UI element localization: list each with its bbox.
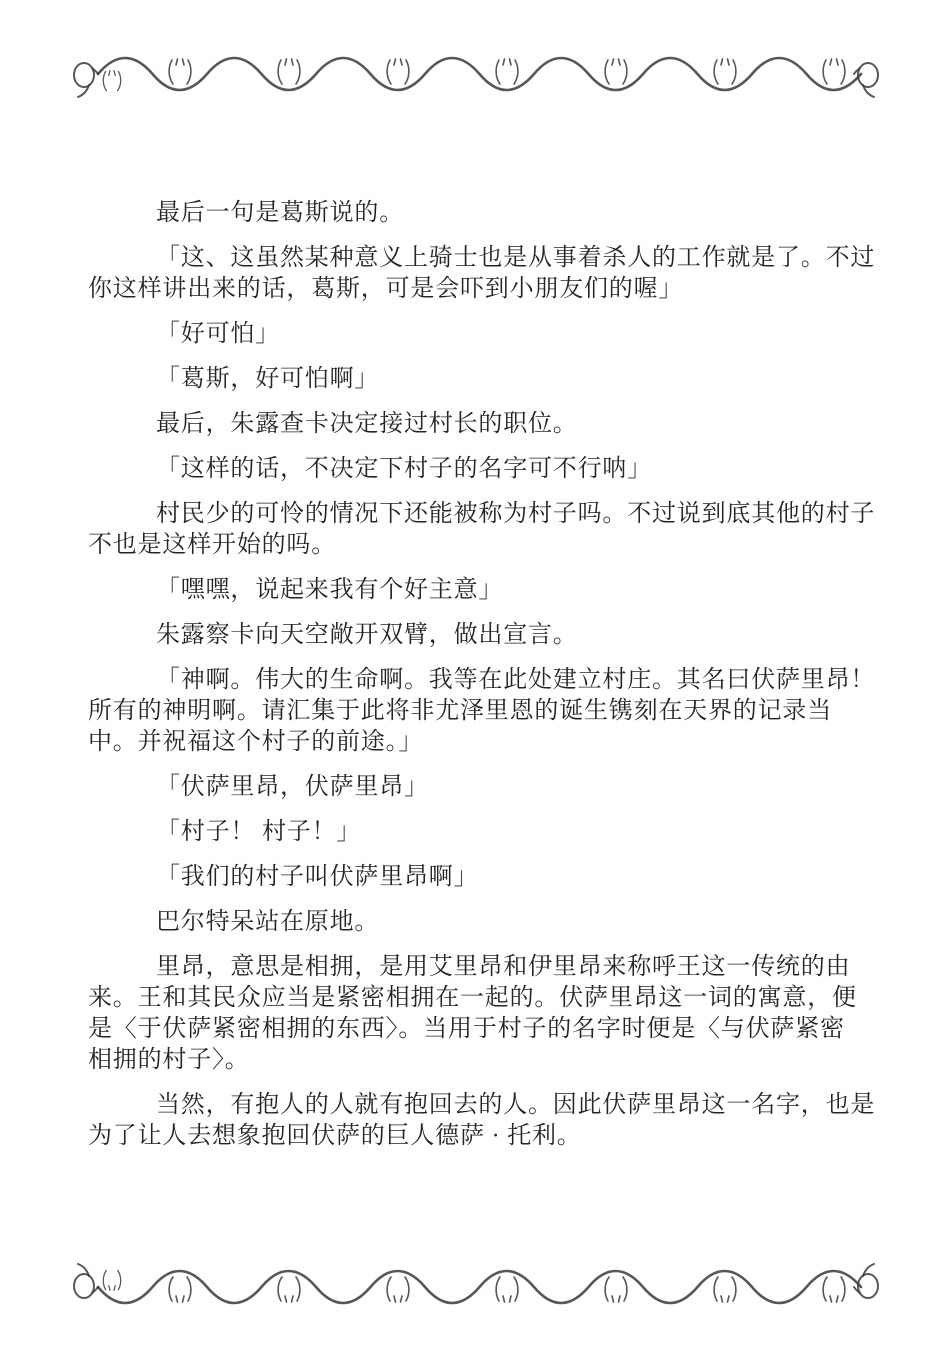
paragraph-5: 最后，朱露查卡决定接过村长的职位。 [88, 409, 888, 440]
paragraph-9: 朱露察卡向天空敞开双臂，做出宣言。 [88, 620, 888, 651]
paragraph-7: 村民少的可怜的情况下还能被称为村子吗。不过说到底其他的村子 不也是这样开始的吗。 [88, 499, 888, 561]
flourish-right-scroll [854, 63, 878, 97]
bottom-flourish-divider [60, 1261, 892, 1309]
paragraph-4: 「葛斯，好可怕啊」 [88, 364, 888, 395]
flourish-wave [98, 1271, 861, 1303]
book-page: 最后一句是葛斯说的。「这、这虽然某种意义上骑士也是从事着杀人的工作就是了。不过 … [0, 0, 952, 1360]
paragraph-10: 「神啊。伟大的生命啊。我等在此处建立村庄。其名曰伏萨里昂！ 所有的神明啊。请汇集… [88, 665, 888, 758]
flourish-left-scroll [74, 1264, 98, 1298]
flourish-ornament-svg [60, 52, 892, 100]
paragraph-11: 「伏萨里昂，伏萨里昂」 [88, 772, 888, 803]
paragraph-2: 「这、这虽然某种意义上骑士也是从事着杀人的工作就是了。不过 你这样讲出来的话，葛… [88, 243, 888, 305]
flourish-left-scroll [74, 63, 98, 97]
novel-text: 最后一句是葛斯说的。「这、这虽然某种意义上骑士也是从事着杀人的工作就是了。不过 … [88, 198, 888, 1166]
paragraph-12: 「村子！ 村子！」 [88, 817, 888, 848]
paragraph-1: 最后一句是葛斯说的。 [88, 198, 888, 229]
flourish-right-scroll [854, 1264, 878, 1298]
paragraph-6: 「这样的话，不决定下村子的名字可不行呐」 [88, 454, 888, 485]
flourish-wave [98, 58, 861, 90]
paragraph-14: 巴尔特呆站在原地。 [88, 907, 888, 938]
paragraph-3: 「好可怕」 [88, 319, 888, 350]
paragraph-15: 里昂，意思是相拥，是用艾里昂和伊里昂来称呼王这一传统的由 来。王和其民众应当是紧… [88, 952, 888, 1076]
paragraph-16: 当然，有抱人的人就有抱回去的人。因此伏萨里昂这一名字，也是 为了让人去想象抱回伏… [88, 1090, 888, 1152]
paragraph-8: 「嘿嘿，说起来我有个好主意」 [88, 575, 888, 606]
paragraph-13: 「我们的村子叫伏萨里昂啊」 [88, 862, 888, 893]
flourish-ornament-svg [60, 1261, 892, 1309]
top-flourish-divider [60, 52, 892, 100]
